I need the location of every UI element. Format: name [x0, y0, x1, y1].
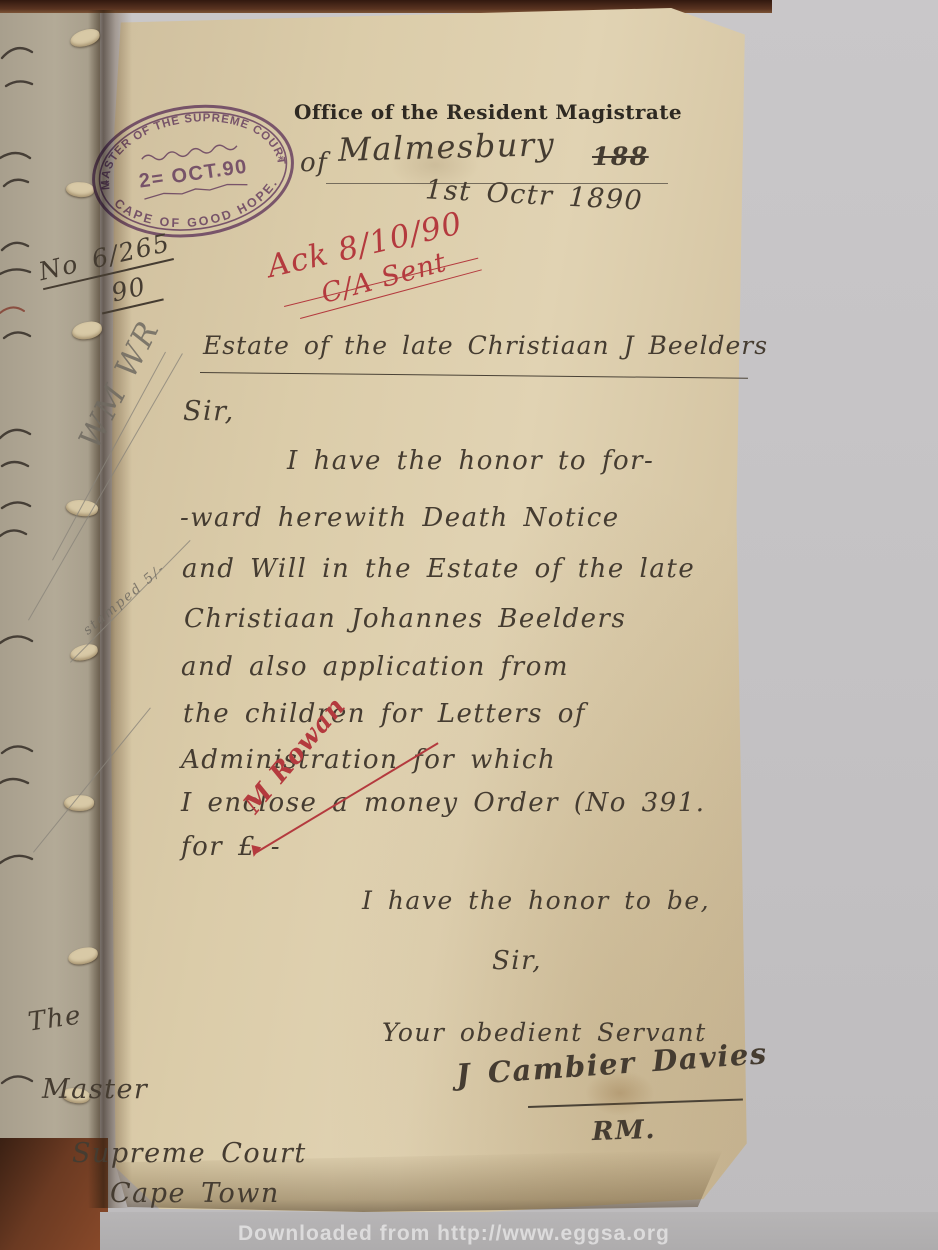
- closing-line-1: I have the honor to be,: [362, 886, 710, 915]
- supreme-court-date-stamp: MASTER OF THE SUPREME COURT CAPE OF GOOD…: [77, 82, 312, 261]
- closing-line-3: Your obedient Servant: [382, 1018, 707, 1047]
- subject-line: Estate of the late Christiaan J Beelders: [203, 331, 768, 360]
- stamp-date-text: 2= OCT.90: [138, 156, 250, 193]
- letterhead-place: Malmesbury: [338, 125, 556, 169]
- letterhead-preprinted-year: 188: [592, 142, 649, 171]
- body-line-6: the children for Letters of: [183, 699, 586, 729]
- stamp-star-right: *: [277, 153, 285, 167]
- scanned-document: Office of the Resident Magistrate of Mal…: [0, 0, 938, 1250]
- watermark-text: Downloaded from http://www.eggsa.org: [238, 1222, 670, 1246]
- address-line-3: Supreme Court: [72, 1138, 307, 1169]
- bleed-through-marks: [0, 8, 100, 1148]
- body-line-5: and also application from: [181, 652, 569, 682]
- address-line-4: Cape Town: [110, 1178, 280, 1209]
- letterhead-of-word: of: [300, 148, 328, 178]
- body-line-1: I have the honor to for-: [287, 446, 654, 476]
- signature-title: RM.: [591, 1115, 656, 1147]
- address-line-2: Master: [42, 1074, 148, 1105]
- letterhead-office-line: Office of the Resident Magistrate: [294, 100, 682, 124]
- closing-line-2: Sir,: [492, 946, 542, 976]
- body-line-2: -ward herewith Death Notice: [180, 503, 620, 533]
- salutation: Sir,: [183, 396, 235, 427]
- body-line-7: Administration for which: [181, 745, 556, 775]
- body-line-4: Christiaan Johannes Beelders: [184, 604, 626, 634]
- body-line-3: and Will in the Estate of the late: [182, 554, 695, 584]
